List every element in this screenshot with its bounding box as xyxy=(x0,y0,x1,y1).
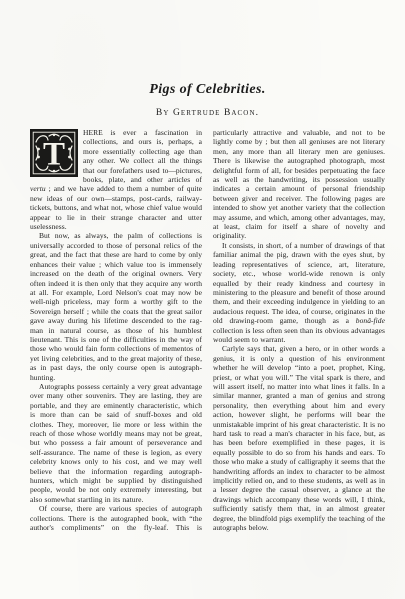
article-paragraph: Carlyle says that, given a hero, or in o… xyxy=(213,344,385,532)
paragraph-text-run: HERE is ever a fascination in collection… xyxy=(83,128,202,184)
drop-cap-ornament: T xyxy=(30,129,78,177)
article-paragraph: But now, as always, the palm of collecti… xyxy=(30,231,202,382)
article-paragraph: It consists, in short, of a number of dr… xyxy=(213,241,385,344)
paragraph-text-run: But now, as always, the palm of collecti… xyxy=(30,231,202,381)
page-title: Pigs of Celebrities. xyxy=(30,82,385,97)
drop-cap: T xyxy=(30,129,78,177)
article-byline: By Gertrude Bacon. xyxy=(30,108,385,118)
paragraph-text-run: Autographs possess certainly a very grea… xyxy=(30,382,202,504)
article-paragraph: T HERE is ever a fascination in collecti… xyxy=(30,128,202,231)
paragraph-text-run: It consists, in short, of a number of dr… xyxy=(213,241,385,325)
article-paragraph: Autographs possess certainly a very grea… xyxy=(30,382,202,504)
paragraph-text-run: collection is less often seen than its o… xyxy=(213,326,385,344)
paragraph-italic-run: bonâ-fide xyxy=(356,316,385,325)
magazine-page: Pigs of Celebrities. By Gertrude Bacon. xyxy=(0,0,405,599)
article-body: T HERE is ever a fascination in collecti… xyxy=(30,128,385,532)
paragraph-italic-run: vertu xyxy=(30,184,46,193)
drop-cap-letter: T xyxy=(43,137,65,173)
paragraph-text-run: Carlyle says that, given a hero, or in o… xyxy=(213,344,385,532)
paragraph-text-run: ; and we have added to them a number of … xyxy=(30,184,202,231)
